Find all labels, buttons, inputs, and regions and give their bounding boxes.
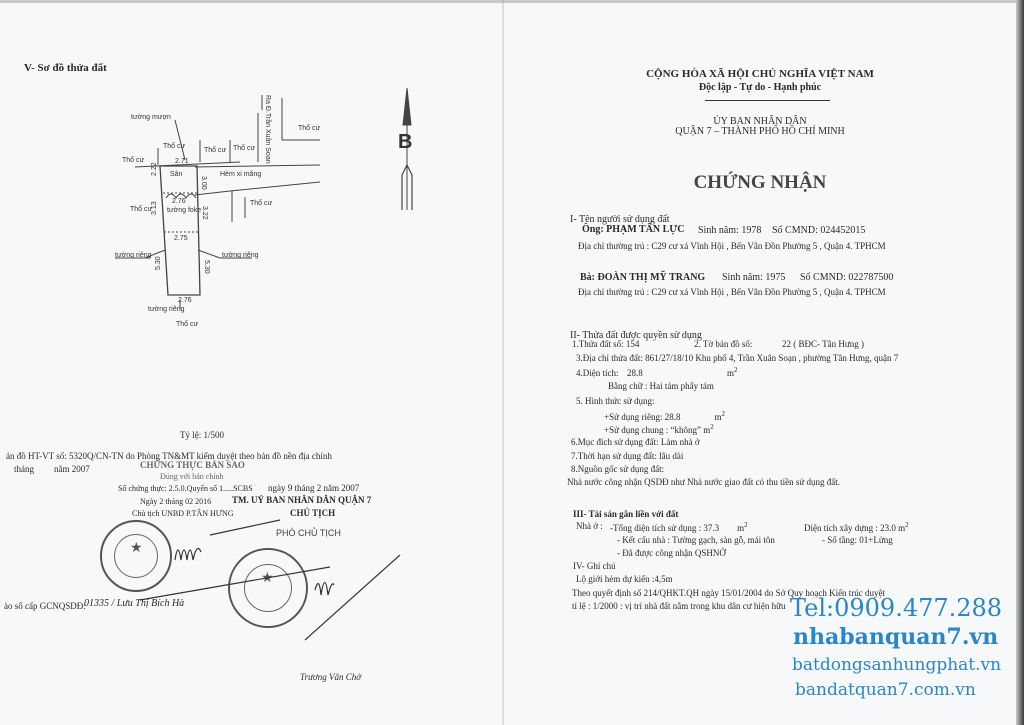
watermark-site-2: batdongsanhungphat.vn xyxy=(792,655,1001,675)
house-floors: - Số tầng: 01+Lửng xyxy=(822,535,893,545)
scan-edge-right xyxy=(1016,0,1024,725)
motto: Độc lập - Tự do - Hạnh phúc xyxy=(600,82,920,93)
total-floor-area: -Tổng diện tích sử dụng : 37.3m2 xyxy=(610,521,748,533)
note-scale: tỉ lệ : 1/2000 : vị trí nhà đất nằm tron… xyxy=(572,601,785,611)
area-value: 28.8 xyxy=(627,368,643,378)
registry-value: 01335 / Lưu Thị Bích Hà xyxy=(84,598,184,609)
watermark-site-3: bandatquan7.com.vn xyxy=(795,680,976,700)
land-purpose: 6.Mục đích sử dụng đất: Làm nhà ở xyxy=(571,437,700,447)
owner1-name: Ông: PHẠM TẤN LỰC xyxy=(582,224,685,235)
signatures xyxy=(0,0,500,725)
house-structure: - Kết cấu nhà : Tường gạch, sàn gỗ, mái … xyxy=(617,535,775,545)
owner1-id: Số CMND: 024452015 xyxy=(772,225,865,236)
private-use: +Sử dụng riêng: 28.8m2 xyxy=(604,410,725,422)
owner2-name: Bà: ĐOÀN THỊ MỸ TRANG xyxy=(580,272,705,283)
parcel-number: 1.Thửa đất số: 154 xyxy=(572,339,639,349)
watermark-phone: Tel:0909.477.288 xyxy=(790,594,1002,622)
signer-name: Trương Văn Chở xyxy=(300,672,361,682)
land-origin-detail: Nhà nước công nhận QSDĐ như Nhà nước gia… xyxy=(567,477,840,487)
area-words: Bằng chữ : Hai tám phẩy tám xyxy=(608,381,714,391)
parcel-address: 3.Địa chỉ thửa đất: 861/27/18/10 Khu phố… xyxy=(576,353,898,363)
authority-line2: QUẬN 7 – THÀNH PHỐ HỒ CHÍ MINH xyxy=(600,126,920,137)
area-label: 4.Diện tích: xyxy=(576,368,619,378)
built-area: Diện tích xây dựng : 23.0 m2 xyxy=(804,521,909,533)
area-unit: m2 xyxy=(727,366,738,378)
registry-label: ào sổ cấp GCNQSDĐ: xyxy=(4,601,86,611)
usage-form: 5. Hình thức sử dụng: xyxy=(576,396,655,406)
ownership-recognized: - Đã được công nhận QSHNỞ xyxy=(617,548,726,558)
map-sheet-label: 2. Tờ bản đồ số: xyxy=(694,339,752,349)
house-label: Nhà ở : xyxy=(576,521,603,531)
note-alley-width: Lộ giới hẻm dự kiến :4,5m xyxy=(576,574,673,584)
nation-header: CỘNG HÒA XÃ HỘI CHỦ NGHĨA VIỆT NAM xyxy=(600,68,920,80)
owner1-address: Địa chỉ thường trú : C29 cư xá Vĩnh Hội … xyxy=(578,241,886,251)
owner2-id: Số CMND: 022787500 xyxy=(800,272,893,283)
owner2-address: Địa chỉ thường trú : C29 cư xá Vĩnh Hội … xyxy=(578,287,886,297)
map-sheet-value: 22 ( BĐC- Tân Hưng ) xyxy=(782,339,864,349)
certificate-title: CHỨNG NHẬN xyxy=(600,172,920,194)
watermark-site-1: nhabanquan7.vn xyxy=(793,624,998,650)
owner1-birth: Sinh năm: 1978 xyxy=(698,225,761,236)
section4-heading: IV- Ghi chú xyxy=(573,561,616,571)
section3-heading: III- Tài sản gắn liền với đất xyxy=(573,509,678,519)
land-origin: 8.Nguồn gốc sử dụng đất: xyxy=(571,464,664,474)
owner2-birth: Sinh năm: 1975 xyxy=(722,272,785,283)
shared-use: +Sử dụng chung : “không” m2 xyxy=(604,423,714,435)
land-term: 7.Thời hạn sử dụng đất: lâu dài xyxy=(571,451,683,461)
page-fold xyxy=(502,0,504,725)
